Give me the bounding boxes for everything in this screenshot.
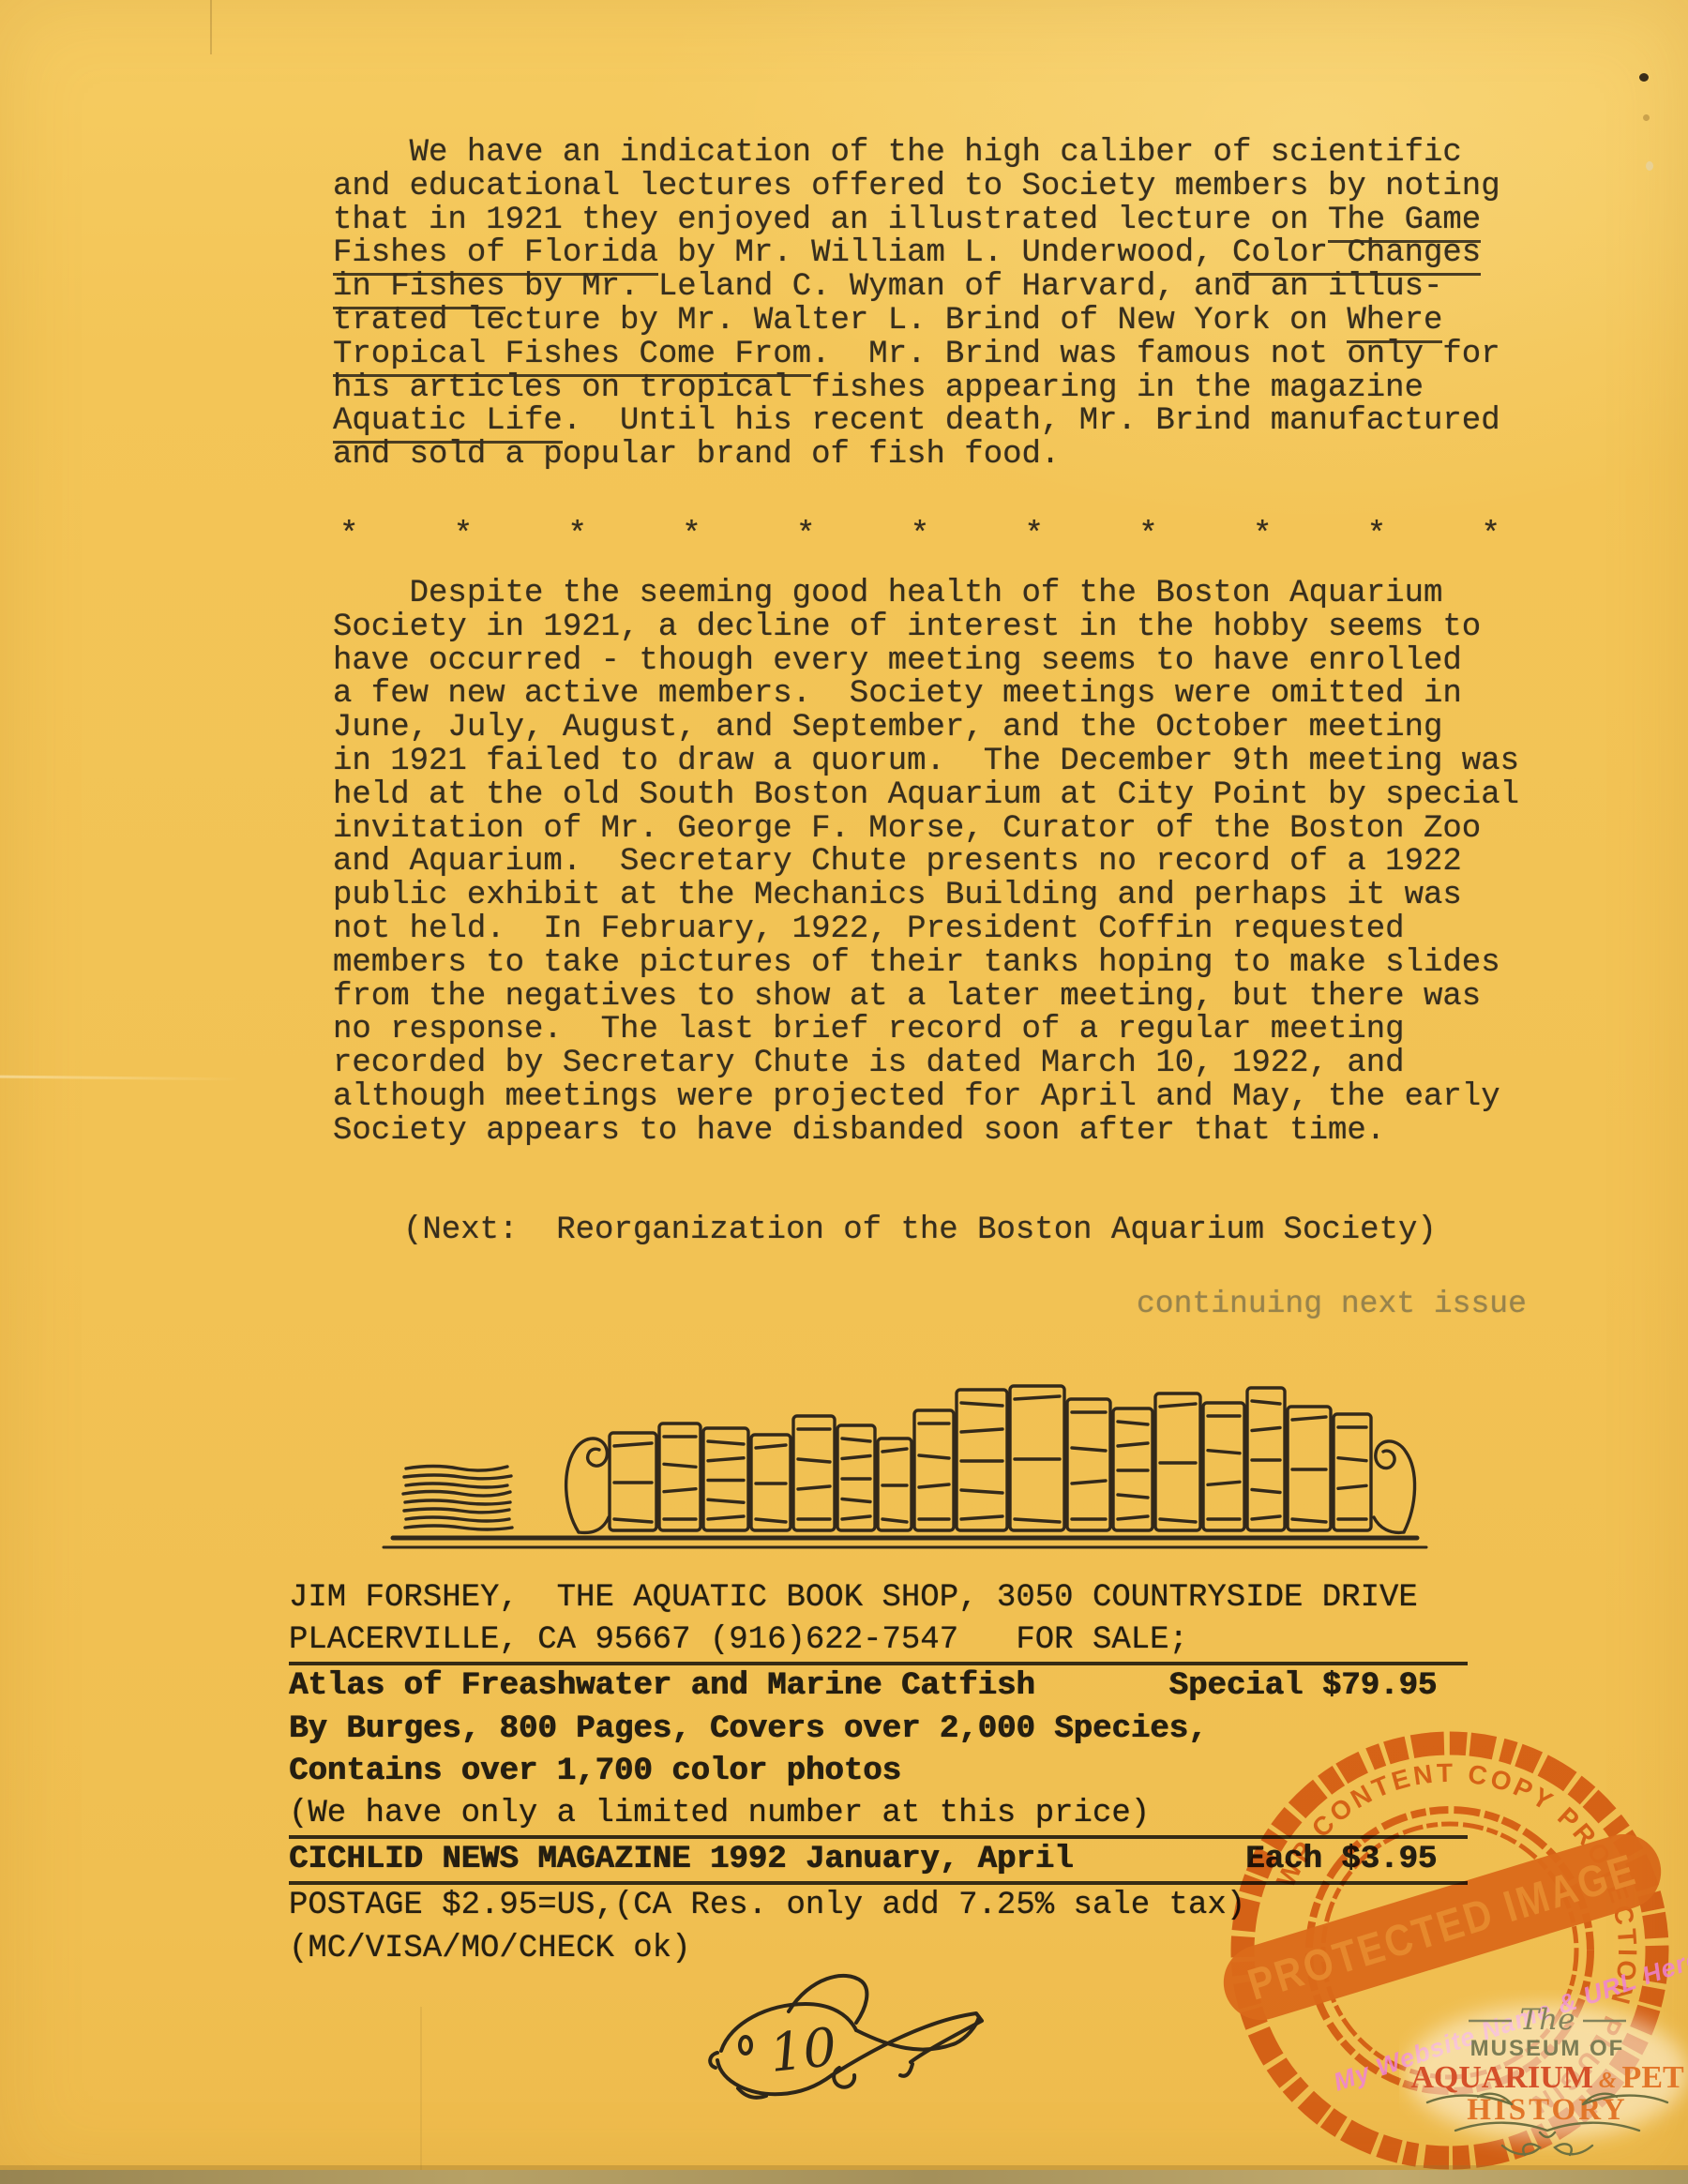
text-line: trated lecture by Mr. Walter L. Brind of… <box>333 305 1533 339</box>
text-line: in 1921 failed to draw a quorum. The Dec… <box>333 746 1533 779</box>
text-line: PLACERVILLE, CA 95667 (916)622-7547 FOR … <box>289 1619 1468 1665</box>
right-bookend <box>1374 1441 1415 1532</box>
text-line: recorded by Secretary Chute is dated Mar… <box>333 1047 1533 1081</box>
asterisk: * <box>1253 518 1272 553</box>
text-line: Society appears to have disbanded soon a… <box>333 1115 1533 1149</box>
asterisk: * <box>339 518 358 553</box>
asterisk: * <box>454 518 473 553</box>
fish-eye <box>740 2037 751 2054</box>
text-line: no response. The last brief record of a … <box>333 1014 1533 1047</box>
asterisk: * <box>682 518 701 553</box>
text-line: his articles on tropical fishes appearin… <box>333 372 1533 406</box>
museum-logo: The MUSEUM OF AQUARIUM & PET HISTORY <box>1399 1990 1688 2163</box>
paper-speck-2 <box>1646 161 1653 171</box>
left-bookend <box>566 1438 609 1532</box>
text-line: members to take pictures of their tanks … <box>333 947 1533 981</box>
asterisk-separator: *********** <box>339 518 1500 553</box>
books-illustration <box>380 1377 1430 1564</box>
page-number: 10 <box>767 2017 840 2085</box>
text-line: JIM FORSHEY, THE AQUATIC BOOK SHOP, 3050… <box>289 1577 1468 1619</box>
text-line: in Fishes by Mr. Leland C. Wyman of Harv… <box>333 271 1533 305</box>
paper-crease-left <box>0 1076 239 1081</box>
book-spines <box>610 1386 1371 1530</box>
asterisk: * <box>1138 518 1157 553</box>
text-line: and educational lectures offered to Soci… <box>333 171 1533 204</box>
text-line: June, July, August, and September, and t… <box>333 712 1533 746</box>
text-line: have occurred - though every meeting see… <box>333 645 1533 679</box>
logo-pet: PET <box>1622 2060 1684 2095</box>
fish-tail-hook <box>900 2064 912 2076</box>
paper-crease-top <box>210 0 212 54</box>
fish-dorsal-fin <box>789 1976 867 2023</box>
paragraph-lectures-1921: We have an indication of the high calibe… <box>333 137 1533 473</box>
paper-crease-bottom <box>420 2007 422 2184</box>
fish-tail-upper <box>832 2013 982 2075</box>
asterisk: * <box>796 518 815 553</box>
fish-page-number-doodle: 10 <box>689 1955 989 2115</box>
asterisk: * <box>1482 518 1500 553</box>
text-line: held at the old South Boston Aquarium at… <box>333 779 1533 813</box>
text-line: Fishes of Florida by Mr. William L. Unde… <box>333 237 1533 271</box>
text-line: Society in 1921, a decline of interest i… <box>333 611 1533 645</box>
text-line: from the negatives to show at a later me… <box>333 981 1533 1015</box>
paper-stack <box>403 1467 512 1530</box>
text-line: invitation of Mr. George F. Morse, Curat… <box>333 813 1533 847</box>
text-line: not held. In February, 1922, President C… <box>333 913 1533 947</box>
continuing-note: continuing next issue <box>1137 1287 1527 1321</box>
text-line: although meetings were projected for Apr… <box>333 1081 1533 1115</box>
logo-aquarium: AQUARIUM <box>1410 2060 1593 2095</box>
text-line: Aquatic Life. Until his recent death, Mr… <box>333 405 1533 439</box>
logo-ampersand: & <box>1593 2069 1622 2093</box>
asterisk: * <box>1025 518 1044 553</box>
asterisk: * <box>1367 518 1386 553</box>
logo-museum-of: MUSEUM OF <box>1470 2036 1625 2061</box>
ink-speck <box>1639 73 1649 82</box>
scanned-newsletter-page: We have an indication of the high calibe… <box>0 0 1688 2184</box>
asterisk: * <box>568 518 587 553</box>
text-line: and sold a popular brand of fish food. <box>333 439 1533 473</box>
paper-speck <box>1643 114 1650 121</box>
paragraph-society-decline: Despite the seeming good health of the B… <box>333 578 1533 1149</box>
asterisk: * <box>911 518 929 553</box>
text-line: public exhibit at the Mechanics Building… <box>333 880 1533 913</box>
text-line: Despite the seeming good health of the B… <box>333 578 1533 611</box>
logo-the: The <box>1520 2003 1575 2037</box>
text-line: that in 1921 they enjoyed an illustrated… <box>333 204 1533 238</box>
text-line: Atlas of Freashwater and Marine Catfish … <box>289 1665 1468 1708</box>
page-bottom-edge <box>0 2170 1688 2184</box>
svg-text:AQUARIUM & PET: AQUARIUM & PET <box>1410 2060 1684 2095</box>
next-installment-note: (Next: Reorganization of the Boston Aqua… <box>403 1212 1437 1248</box>
text-line: We have an indication of the high calibe… <box>333 137 1533 171</box>
text-line: Tropical Fishes Come From. Mr. Brind was… <box>333 339 1533 372</box>
text-line: a few new active members. Society meetin… <box>333 678 1533 712</box>
text-line: and Aquarium. Secretary Chute presents n… <box>333 846 1533 880</box>
